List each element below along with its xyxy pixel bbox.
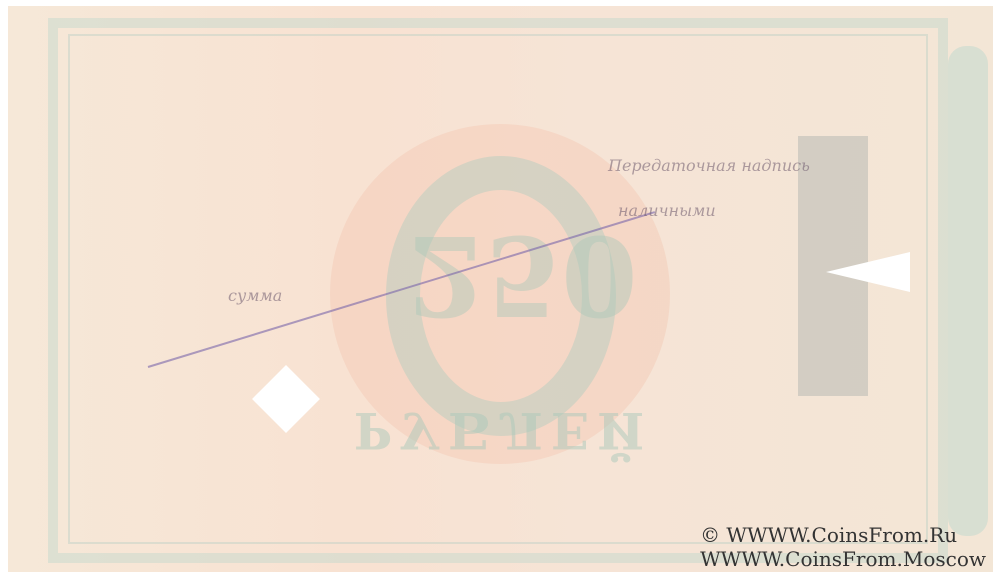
denomination-word-mirrored: РУБЛЕЙ [338,401,668,460]
watermark: © WWWW.CoinsFrom.Ru WWWW.CoinsFrom.Mosco… [700,523,986,571]
handwriting-1: Передаточная надпись [608,156,810,175]
handwriting-2: наличными [618,201,716,220]
cancellation-hole-triangle [826,252,910,292]
side-band [948,46,988,536]
watermark-line1: © WWWW.CoinsFrom.Ru [700,523,986,547]
watermark-line2: WWWW.CoinsFrom.Moscow [700,547,986,571]
denomination-mirrored: 250 [408,211,598,340]
handwriting-3: сумма [228,286,282,305]
